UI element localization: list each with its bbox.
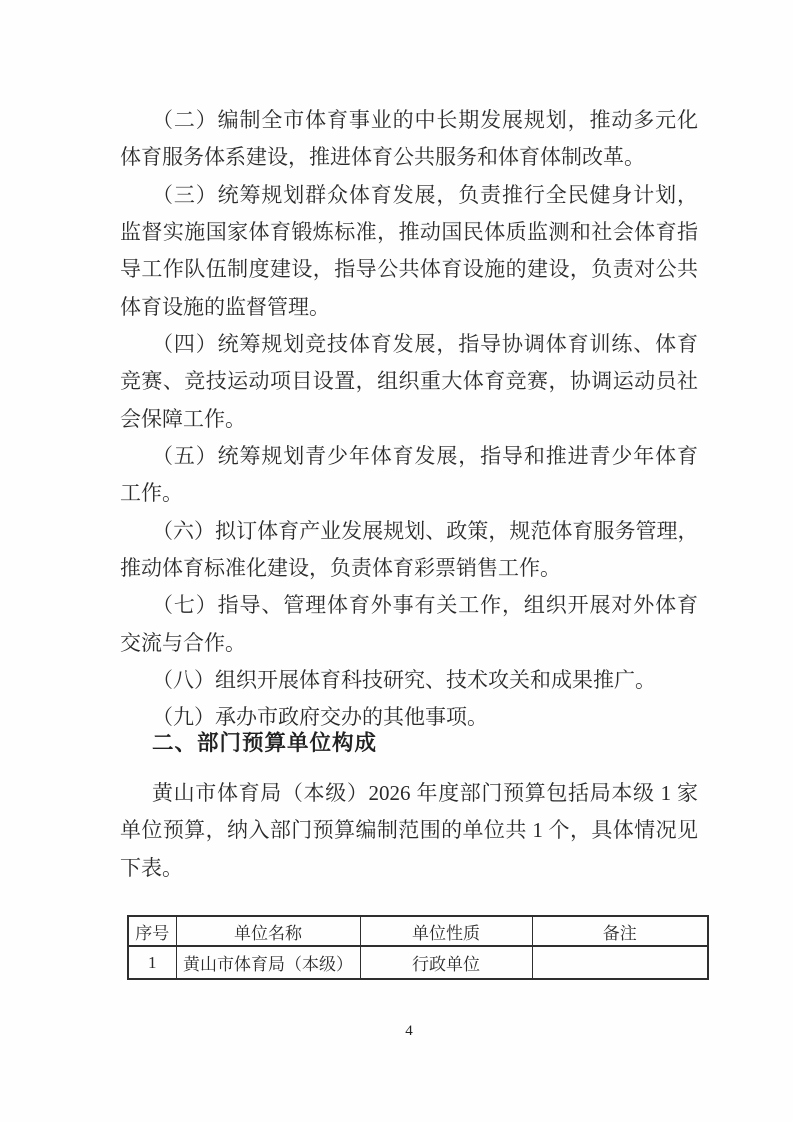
section-heading: 二、部门预算单位构成	[120, 725, 698, 762]
table-row: 1 黄山市体育局（本级） 行政单位	[128, 946, 708, 979]
table-cell-note	[532, 946, 708, 979]
table-header-row: 序号 单位名称 单位性质 备注	[128, 916, 708, 946]
body-text-line: 下表。	[120, 850, 698, 887]
body-text-line: （五）统筹规划青少年体育发展，指导和推进青少年体育	[120, 438, 698, 475]
body-text-line: （二）编制全市体育事业的中长期发展规划，推动多元化	[120, 102, 698, 139]
body-text-line: （七）指导、管理体育外事有关工作，组织开展对外体育	[120, 587, 698, 624]
table-header-note: 备注	[532, 916, 708, 946]
body-text-line: 工作。	[120, 475, 698, 512]
document-page: （二）编制全市体育事业的中长期发展规划，推动多元化 体育服务体系建设，推进体育公…	[0, 0, 793, 1122]
body-text-line: 体育服务体系建设，推进体育公共服务和体育体制改革。	[120, 139, 698, 176]
table-header-unit-name: 单位名称	[176, 916, 360, 946]
body-text-line: 交流与合作。	[120, 625, 698, 662]
table-cell-unit-name: 黄山市体育局（本级）	[176, 946, 360, 979]
table-header-seq: 序号	[128, 916, 176, 946]
body-text-line: 会保障工作。	[120, 401, 698, 438]
page-number: 4	[120, 1021, 698, 1041]
body-text-line: （六）拟订体育产业发展规划、政策，规范体育服务管理，	[120, 513, 698, 550]
body-text-line: （三）统筹规划群众体育发展，负责推行全民健身计划，	[120, 177, 698, 214]
body-text-line: 导工作队伍制度建设，指导公共体育设施的建设，负责对公共	[120, 251, 698, 288]
body-text-line: 体育设施的监督管理。	[120, 289, 698, 326]
body-text-line: 竞赛、竞技运动项目设置，组织重大体育竞赛，协调运动员社	[120, 363, 698, 400]
body-text-line: 单位预算，纳入部门预算编制范围的单位共 1 个，具体情况见	[120, 812, 698, 849]
budget-composition-paragraph: 黄山市体育局（本级）2026 年度部门预算包括局本级 1 家 单位预算，纳入部门…	[120, 775, 698, 887]
body-text-line: 监督实施国家体育锻炼标准，推动国民体质监测和社会体育指	[120, 214, 698, 251]
body-text-line: （八）组织开展体育科技研究、技术攻关和成果推广。	[120, 662, 698, 699]
budget-units-table: 序号 单位名称 单位性质 备注 1 黄山市体育局（本级） 行政单位	[127, 915, 709, 980]
body-text-line: （四）统筹规划竞技体育发展，指导协调体育训练、体育	[120, 326, 698, 363]
table-header-unit-type: 单位性质	[360, 916, 532, 946]
body-text-line: 黄山市体育局（本级）2026 年度部门预算包括局本级 1 家	[120, 775, 698, 812]
table-cell-unit-type: 行政单位	[360, 946, 532, 979]
table-cell-seq: 1	[128, 946, 176, 979]
duties-paragraphs: （二）编制全市体育事业的中长期发展规划，推动多元化 体育服务体系建设，推进体育公…	[120, 102, 698, 737]
body-text-line: 推动体育标准化建设，负责体育彩票销售工作。	[120, 550, 698, 587]
